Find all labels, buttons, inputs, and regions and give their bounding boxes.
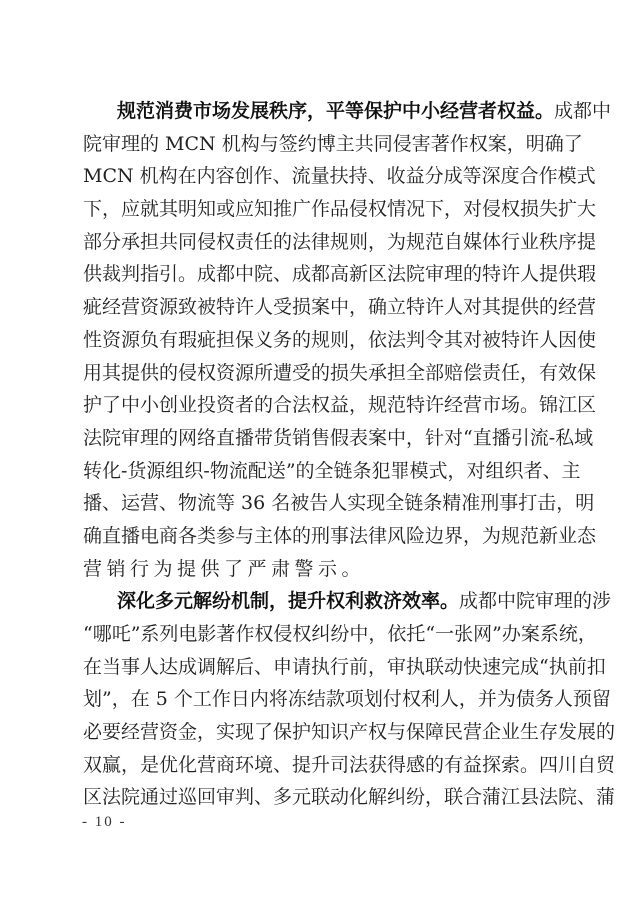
text-line: 营销行为提供了严肃警示。 (83, 553, 554, 586)
page-number: - 10 - (82, 814, 127, 831)
text-line: 转化-货源组织-物流配送”的全链条犯罪模式，对组织者、主 (83, 455, 554, 488)
text-line: 用其提供的侵权资源所遭受的损失承担全部赔偿责任，有效保 (83, 357, 554, 390)
document-body: 规范消费市场发展秩序，平等保护中小经营者权益。成都中 院审理的 MCN 机构与签… (83, 95, 554, 814)
text-line: 供裁判指引。成都中院、成都高新区法院审理的特许人提供瑕 (83, 258, 554, 291)
line-text: 成都中 (554, 100, 611, 122)
text-line: 必要经营资金，实现了保护知识产权与保障民营企业生存发展的 (83, 716, 554, 749)
text-line: “哪吒”系列电影著作权侵权纠纷中，依托“一张网”办案系统， (83, 618, 554, 651)
text-line: MCN 机构在内容创作、流量扶持、收益分成等深度合作模式 (83, 160, 554, 193)
text-line: 双赢，是优化营商环境、提升司法获得感的有益探索。四川自贸 (83, 749, 554, 782)
paragraph-heading: 规范消费市场发展秩序，平等保护中小经营者权益。 (117, 100, 554, 122)
text-line: 部分承担共同侵权责任的法律规则，为规范自媒体行业秩序提 (83, 226, 554, 259)
paragraph-heading: 深化多元解纷机制，提升权利救济效率。 (117, 590, 459, 612)
text-line: 深化多元解纷机制，提升权利救济效率。成都中院审理的涉 (83, 585, 554, 618)
line-text: 成都中院审理的涉 (459, 590, 611, 612)
text-line: 护了中小创业投资者的合法权益，规范特许经营市场。锦江区 (83, 389, 554, 422)
text-line: 院审理的 MCN 机构与签约博主共同侵害著作权案，明确了 (83, 128, 554, 161)
text-line: 法院审理的网络直播带货销售假表案中，针对“直播引流-私域 (83, 422, 554, 455)
text-line: 下，应就其明知或应知推广作品侵权情况下，对侵权损失扩大 (83, 193, 554, 226)
text-line: 划”，在 5 个工作日内将冻结款项划付权利人，并为债务人预留 (83, 683, 554, 716)
text-line: 在当事人达成调解后、申请执行前，审执联动快速完成“执前扣 (83, 651, 554, 684)
text-line: 区法院通过巡回审判、多元联动化解纠纷，联合蒲江县法院、蒲 (83, 781, 554, 814)
text-line: 确直播电商各类参与主体的刑事法律风险边界，为规范新业态 (83, 520, 554, 553)
text-line: 播、运营、物流等 36 名被告人实现全链条精准刑事打击，明 (83, 487, 554, 520)
text-line: 疵经营资源致被特许人受损案中，确立特许人对其提供的经营 (83, 291, 554, 324)
document-page: 规范消费市场发展秩序，平等保护中小经营者权益。成都中 院审理的 MCN 机构与签… (0, 0, 635, 898)
text-line: 规范消费市场发展秩序，平等保护中小经营者权益。成都中 (83, 95, 554, 128)
text-line: 性资源负有瑕疵担保义务的规则，依法判令其对被特许人因使 (83, 324, 554, 357)
